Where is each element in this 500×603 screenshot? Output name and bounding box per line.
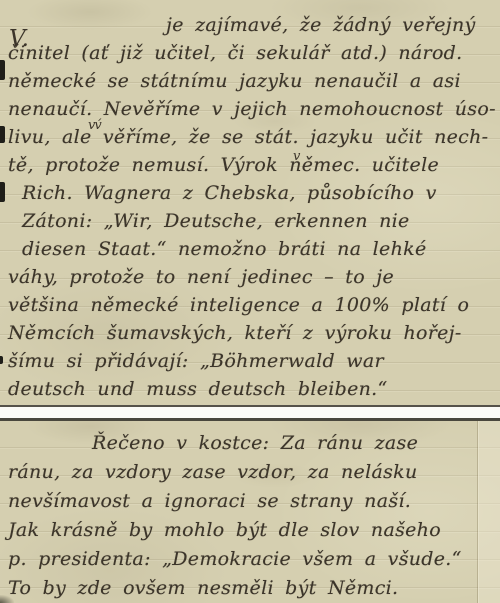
handwritten-line: nenaučí. Nevěříme v jejich nemohoucnost … [0, 95, 500, 123]
handwritten-line: To by zde ovšem nesměli být Němci. [0, 574, 500, 603]
scan-edge-artifact [0, 60, 5, 80]
handwritten-line: Zátoni: „Wir, Deutsche, erkennen nie [0, 207, 500, 235]
handwritten-line: deutsch und muss deutsch bleiben.“ [0, 375, 500, 403]
handwritten-line: nevšímavost a ignoraci se strany naší. [0, 487, 500, 516]
handwritten-line: většina německé inteligence a 100% platí… [0, 291, 500, 319]
scan-corner-smudge [0, 595, 14, 603]
handwritten-line: šímu si přidávají: „Böhmerwald war [0, 347, 500, 375]
handwritten-line: německé se státnímu jazyku nenaučil a as… [0, 67, 500, 95]
paper-fragment-top: V. vv́ v je zajímavé, že žádný veřejný č… [0, 0, 500, 407]
handwritten-line: Jak krásně by mohlo být dle slov našeho [0, 516, 500, 545]
handwritten-line: Řečeno v kostce: Za ránu zase [0, 429, 500, 458]
handwritten-line: ránu, za vzdory zase vzdor, za nelásku [0, 458, 500, 487]
handwritten-line: činitel (ať již učitel, či sekulář atd.)… [0, 39, 500, 67]
scan-edge-artifact [0, 126, 5, 143]
paper-fold-highlight [478, 421, 500, 603]
handwritten-line: váhy, protože to není jedinec – to je [0, 263, 500, 291]
paper-fragment-bottom: Řečeno v kostce: Za ránu zase ránu, za v… [0, 418, 500, 603]
handwritten-line: Němcích šumavských, kteří z výroku hořej… [0, 319, 500, 347]
correction-caret-mark: vv́ [88, 118, 101, 133]
handwritten-line: p. presidenta: „Demokracie všem a všude.… [0, 545, 500, 574]
scan-edge-artifact [0, 182, 5, 202]
paper-fold-line [477, 421, 478, 603]
handwritten-line: Rich. Wagnera z Chebska, působícího v [0, 179, 500, 207]
margin-insertion-mark: V. [9, 26, 29, 52]
white-gap-between-fragments [0, 407, 500, 418]
handwritten-line: je zajímavé, že žádný veřejný [0, 11, 500, 39]
scan-edge-artifact [0, 356, 3, 364]
correction-caret-mark: v [293, 149, 300, 164]
document-scan: V. vv́ v je zajímavé, že žádný veřejný č… [0, 0, 500, 603]
handwritten-line: tě, protože nemusí. Výrok němec. učitele [0, 151, 500, 179]
handwritten-line: diesen Staat.“ nemožno bráti na lehké [0, 235, 500, 263]
handwritten-line: livu, ale věříme, že se stát. jazyku uči… [0, 123, 500, 151]
